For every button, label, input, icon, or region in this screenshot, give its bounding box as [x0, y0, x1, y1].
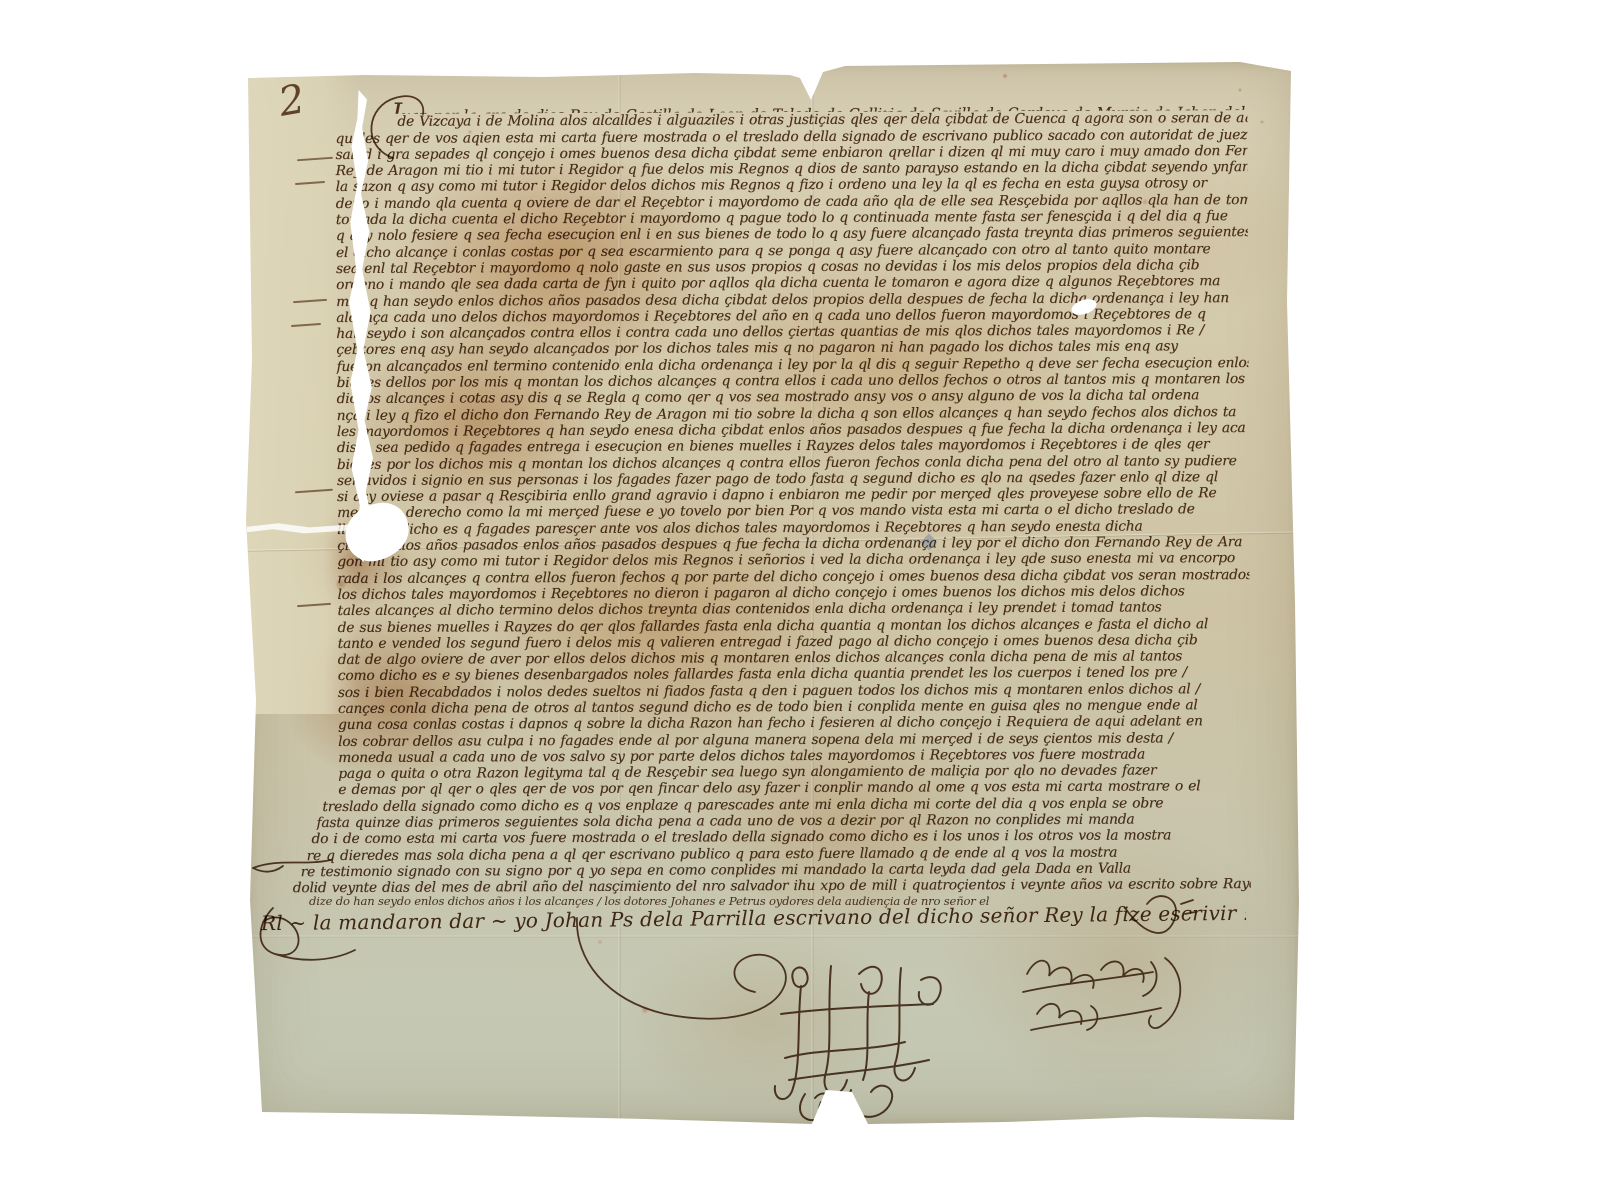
ink-flourishes-layer: [245, 62, 1300, 1124]
opening-initial-flourish: [371, 96, 423, 158]
margin-swash: [253, 860, 331, 872]
subscription-descender-loop: [577, 918, 786, 1019]
notarial-rubric-center: [775, 966, 941, 1121]
parchment-document: 2 Juan por la gra de dios Rey de Castill…: [245, 62, 1300, 1124]
subscription-initial-flourish: [261, 908, 356, 960]
photo-backdrop: { "photo": { "backdrop_color": "#ffffff"…: [0, 0, 1600, 1200]
subscription-end-flourish: [1125, 896, 1195, 933]
signature-right: [1023, 958, 1180, 1030]
